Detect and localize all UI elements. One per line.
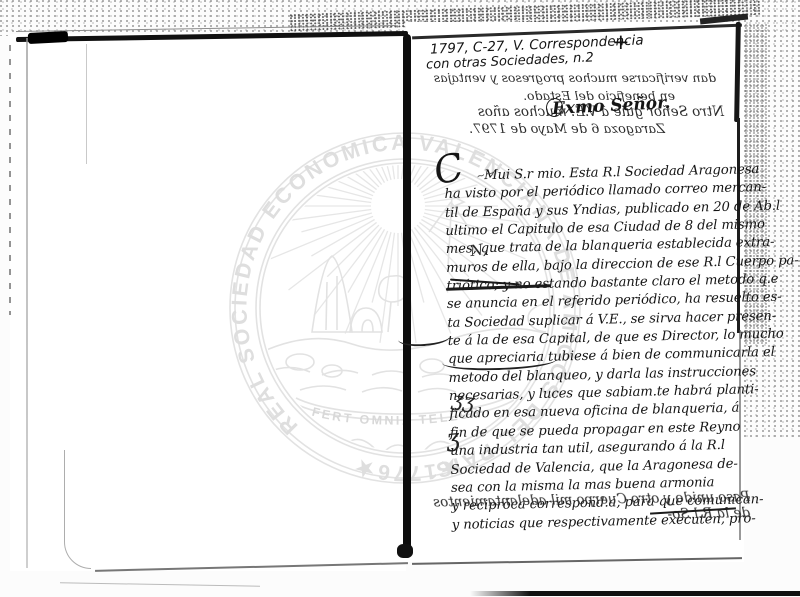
left-page-inner-crease xyxy=(86,44,87,164)
sun-disc xyxy=(372,180,424,232)
cross-mark: + xyxy=(612,30,630,54)
scan-left-edge-dashes xyxy=(9,45,11,315)
bleedthrough-line: Zaragoza 6 de Mayo de 1797. xyxy=(455,122,665,137)
bleedthrough-line: dan verificarse muchos progresos y venta… xyxy=(426,70,716,85)
margin-scribble-spiral2: ʒ xyxy=(445,423,461,452)
gutter-bottom-blob xyxy=(397,544,413,558)
margin-scribble-n: N, xyxy=(469,240,488,260)
letter-body: C Mui S.r mio. Esta R.l Sociedad Aragone… xyxy=(444,161,756,534)
corner-ink-blob xyxy=(28,31,69,44)
opening-flourish: C xyxy=(432,157,464,181)
left-page-corner-curve xyxy=(64,450,91,569)
margin-scribble-spiral: ʒʒ xyxy=(450,387,476,414)
bleedthrough-footer-line: Paso unido y otro Cuerpo mil adelantamie… xyxy=(420,489,751,527)
scan-bottom-bar xyxy=(470,591,800,596)
book-gutter xyxy=(403,34,411,558)
scanned-manuscript: REAL SOCIEDAD ECONOMICA VALENCIANA DE AM… xyxy=(0,0,800,597)
left-page-left-edge xyxy=(26,38,28,568)
